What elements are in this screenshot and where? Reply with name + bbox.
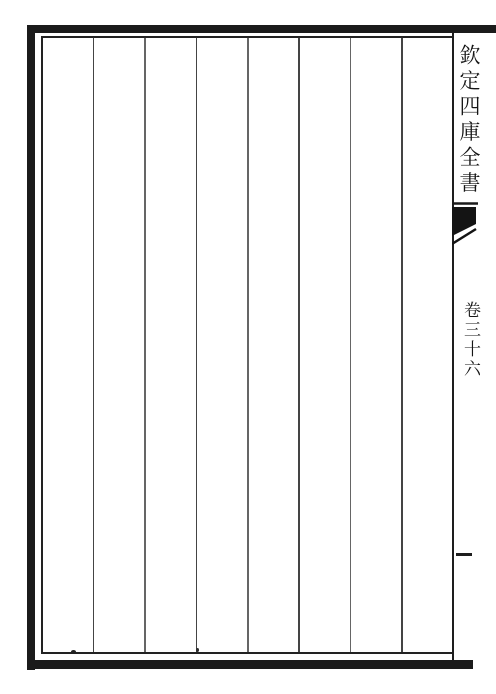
- outer-border-bottom: [27, 660, 473, 669]
- ink-speck: [196, 648, 199, 652]
- book-page-scan: 欽定四庫全書 卷三十六: [0, 0, 496, 694]
- outer-border-top: [27, 25, 496, 33]
- column-rule-line: [196, 37, 198, 652]
- column-rule-line: [401, 37, 403, 652]
- banxin-divider-line: [452, 33, 454, 660]
- column-rule-line: [247, 37, 249, 652]
- inner-rule-left: [41, 36, 43, 654]
- fishtail-icon: [452, 201, 479, 247]
- banxin-volume-label: 卷三十六: [461, 301, 478, 379]
- inner-rule-bottom: [41, 652, 454, 654]
- outer-border-left: [27, 25, 35, 670]
- ink-speck: [71, 650, 76, 653]
- column-rule-line: [298, 37, 300, 652]
- column-rule-line: [93, 37, 95, 652]
- column-rule-line: [144, 37, 146, 652]
- banxin-tick-mark: [456, 553, 472, 556]
- column-rule-line: [350, 37, 352, 652]
- banxin-book-title: 欽定四庫全書: [458, 44, 479, 197]
